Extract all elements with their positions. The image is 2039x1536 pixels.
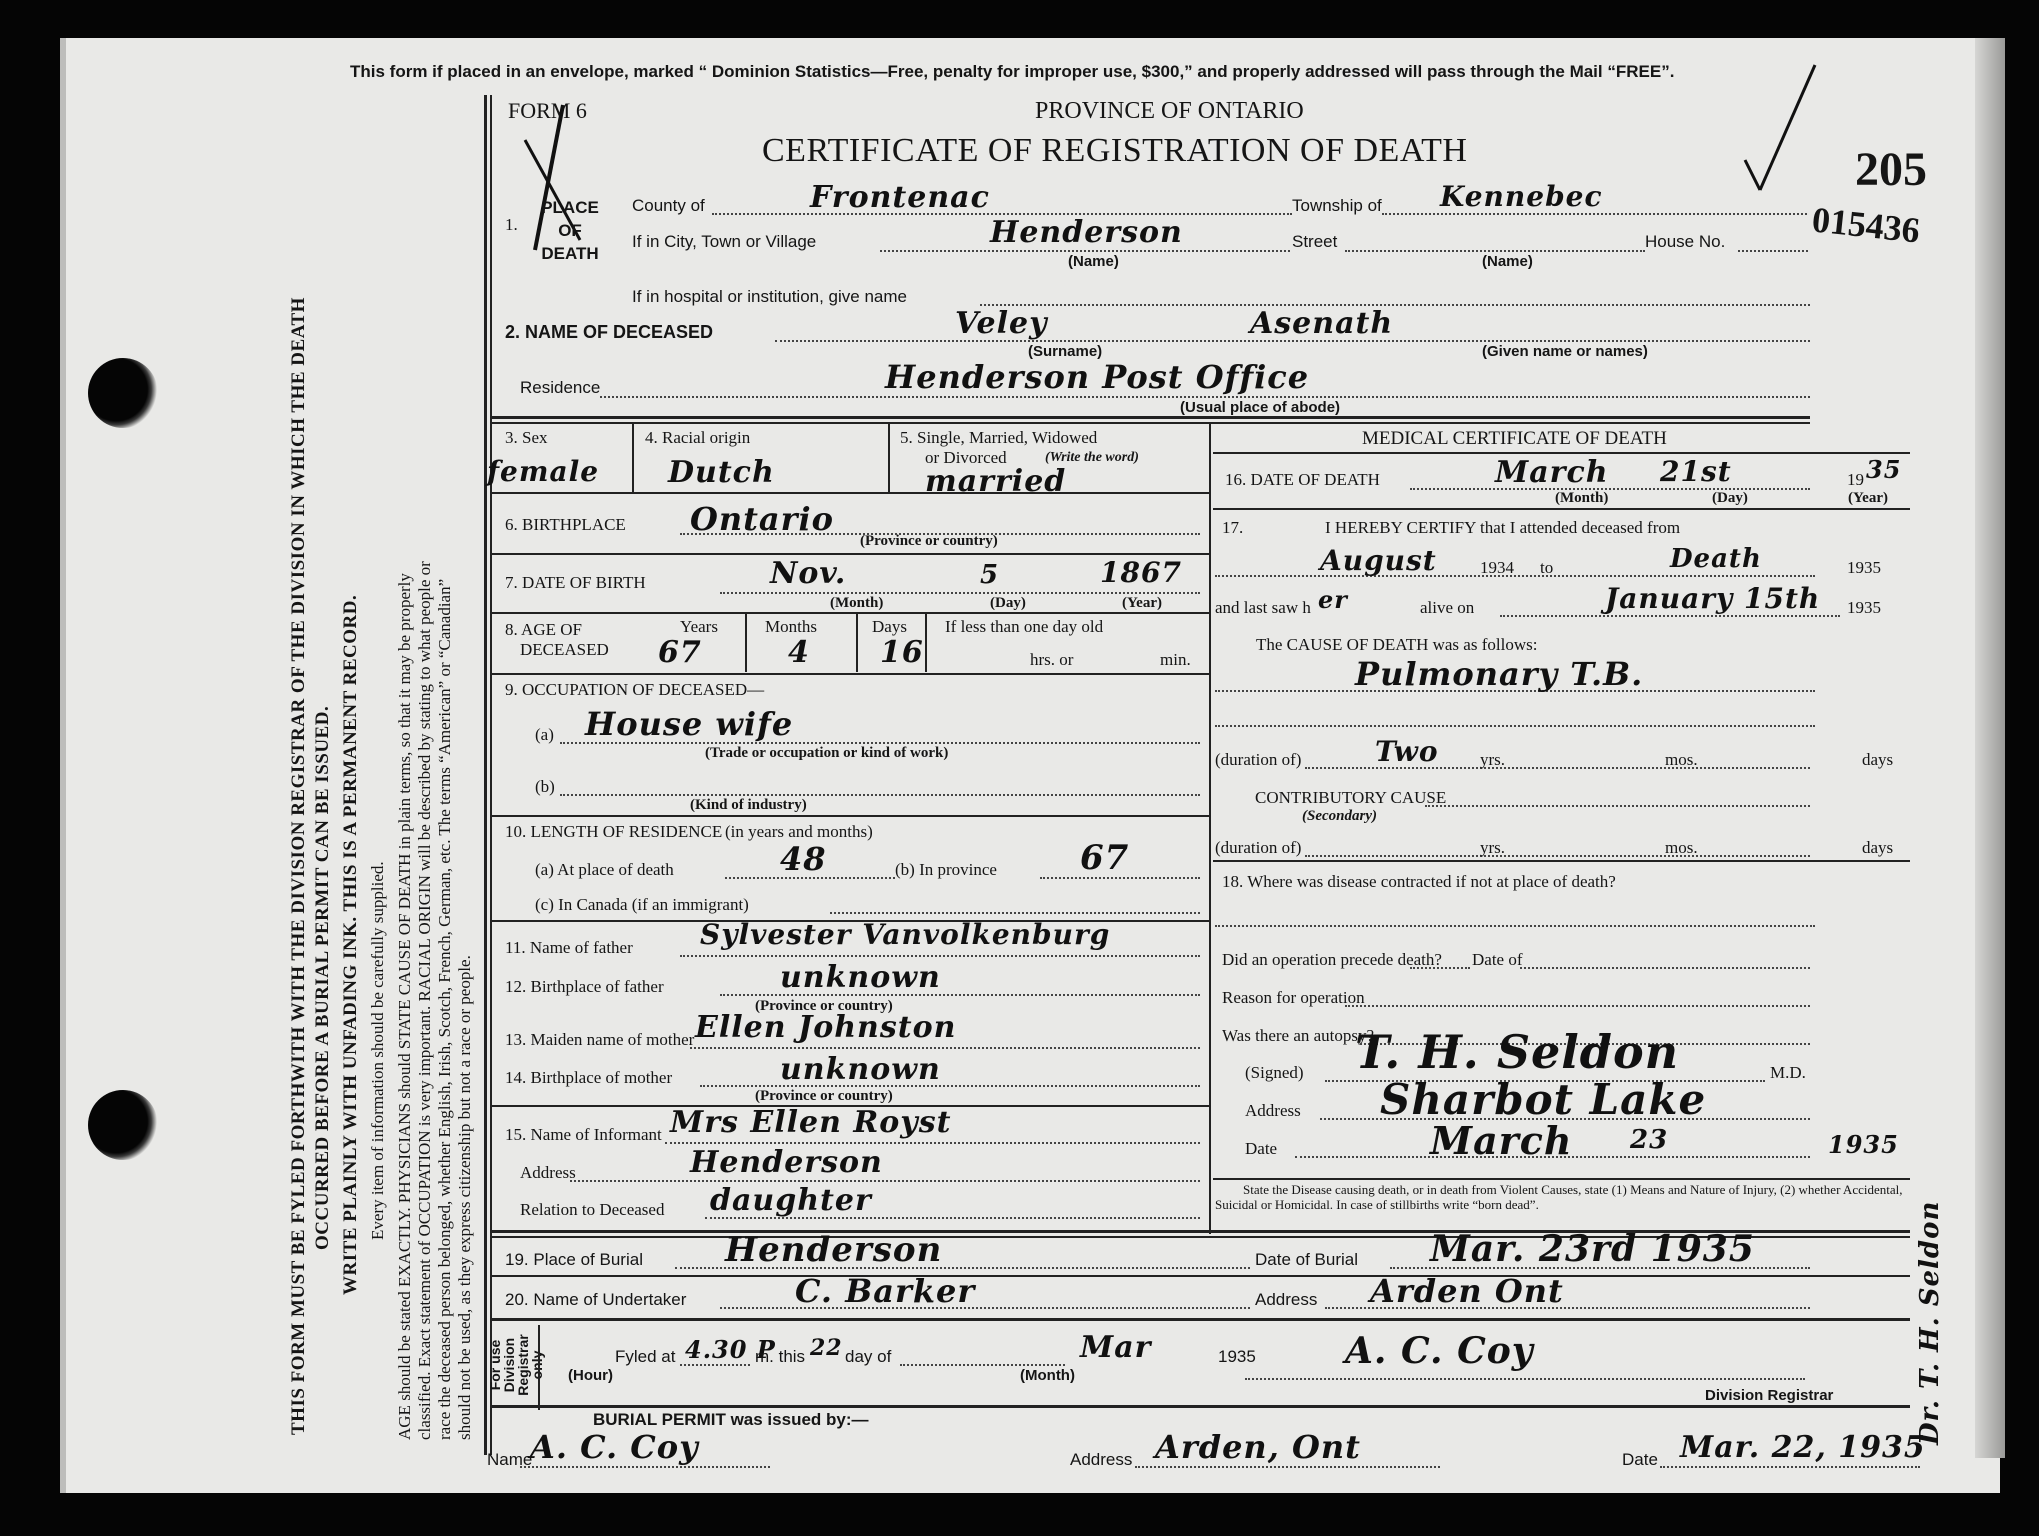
residence-label: Residence bbox=[520, 378, 600, 398]
place-of-death-label: PLACE OF DEATH bbox=[530, 196, 610, 265]
physician-date-day[interactable]: 23 bbox=[1630, 1125, 1668, 1155]
undertaker-address-value[interactable]: Arden Ont bbox=[1370, 1272, 1564, 1310]
registrar-caption: Division Registrar bbox=[1705, 1387, 1833, 1404]
autopsy-label: Was there an autopsy? bbox=[1222, 1026, 1374, 1046]
item-1-number: 1. bbox=[505, 215, 518, 235]
fyled-year: 1935 bbox=[1218, 1347, 1256, 1367]
permit-date-label: Date bbox=[1622, 1450, 1658, 1470]
duration-2-yrs: yrs. bbox=[1480, 838, 1505, 858]
burial-place-label: 19. Place of Burial bbox=[505, 1250, 643, 1270]
frame-left bbox=[484, 95, 487, 1455]
duration-days: days bbox=[1862, 750, 1893, 770]
months-label: Months bbox=[765, 617, 817, 637]
informant-address-label: Address bbox=[520, 1163, 576, 1183]
signed-label: (Signed) bbox=[1245, 1063, 1304, 1083]
dod-month[interactable]: March bbox=[1495, 455, 1609, 490]
informant-value[interactable]: Mrs Ellen Royst bbox=[670, 1105, 951, 1140]
cause-label: The CAUSE OF DEATH was as follows: bbox=[1256, 635, 1537, 655]
punch-hole-bottom bbox=[88, 1090, 158, 1160]
residence-b-value[interactable]: 67 bbox=[1080, 838, 1129, 878]
q18-label: 18. Where was disease contracted if not … bbox=[1222, 872, 1616, 892]
cert-number: 17. bbox=[1222, 518, 1243, 538]
hrs-label: hrs. or bbox=[1030, 650, 1073, 670]
physician-address-label: Address bbox=[1245, 1101, 1301, 1121]
marital-label: 5. Single, Married, Widowed bbox=[900, 428, 1097, 448]
township-value[interactable]: Kennebec bbox=[1440, 180, 1603, 213]
age-days[interactable]: 16 bbox=[880, 635, 924, 670]
registrar-signature[interactable]: A. C. Coy bbox=[1345, 1330, 1534, 1372]
age-years[interactable]: 67 bbox=[658, 635, 702, 670]
father-birthplace-value[interactable]: unknown bbox=[780, 960, 941, 995]
years-label: Years bbox=[680, 617, 718, 637]
birthplace-label: 6. BIRTHPLACE bbox=[505, 515, 626, 535]
duration-yrs: yrs. bbox=[1480, 750, 1505, 770]
attended-from-year: 1934 bbox=[1480, 558, 1514, 578]
mother-birthplace-label: 14. Birthplace of mother bbox=[505, 1068, 672, 1088]
frame-left-inner bbox=[490, 95, 492, 1455]
days-label: Days bbox=[872, 617, 907, 637]
reason-label: Reason for operation bbox=[1222, 988, 1365, 1008]
residence-c-field[interactable] bbox=[830, 912, 1200, 914]
dod-day-caption: (Day) bbox=[1712, 490, 1748, 507]
contributory-caption: (Secondary) bbox=[1302, 808, 1377, 825]
margin-instruction-4: Every item of information should be care… bbox=[368, 861, 388, 1240]
contributory-field[interactable] bbox=[1425, 805, 1810, 807]
permit-heading: BURIAL PERMIT was issued by:— bbox=[593, 1410, 869, 1430]
age-label-1: 8. AGE OF bbox=[505, 620, 582, 640]
permit-address-value[interactable]: Arden, Ont bbox=[1155, 1428, 1361, 1466]
county-value[interactable]: Frontenac bbox=[810, 180, 990, 215]
burial-date-label: Date of Burial bbox=[1255, 1250, 1358, 1270]
sex-label: 3. Sex bbox=[505, 428, 548, 448]
duration-value[interactable]: Two bbox=[1375, 735, 1439, 768]
dob-day[interactable]: 5 bbox=[980, 560, 999, 590]
dob-month[interactable]: Nov. bbox=[770, 556, 846, 591]
fyled-day[interactable]: 22 bbox=[810, 1335, 843, 1361]
operation-date-label: Date of bbox=[1472, 950, 1523, 970]
register-number: 205 bbox=[1855, 142, 1927, 197]
deceased-given-names[interactable]: Asenath bbox=[1250, 306, 1393, 341]
relation-value[interactable]: daughter bbox=[710, 1183, 872, 1218]
mother-birthplace-caption: (Province or country) bbox=[755, 1088, 893, 1105]
day-of-label: day of bbox=[845, 1347, 891, 1367]
occupation-label: 9. OCCUPATION OF DECEASED— bbox=[505, 680, 764, 700]
q18-field[interactable] bbox=[1215, 925, 1815, 927]
father-birthplace-label: 12. Birthplace of father bbox=[505, 977, 664, 997]
mother-birthplace-value[interactable]: unknown bbox=[780, 1052, 941, 1087]
hospital-field[interactable] bbox=[980, 304, 1810, 306]
dod-year[interactable]: 35 bbox=[1866, 455, 1901, 484]
dob-year-caption: (Year) bbox=[1122, 595, 1162, 612]
informant-address-value[interactable]: Henderson bbox=[690, 1145, 883, 1180]
race-label: 4. Racial origin bbox=[645, 428, 750, 448]
undertaker-label: 20. Name of Undertaker bbox=[505, 1290, 686, 1310]
race-value[interactable]: Dutch bbox=[668, 455, 775, 490]
cert-text: I HEREBY CERTIFY that I attended decease… bbox=[1325, 518, 1680, 538]
duration-label: (duration of) bbox=[1215, 750, 1301, 770]
duration-2-label: (duration of) bbox=[1215, 838, 1301, 858]
residence-b-label: (b) In province bbox=[895, 860, 997, 880]
county-label: County of bbox=[632, 196, 705, 216]
last-saw-year: 1935 bbox=[1847, 598, 1881, 618]
occupation-a-label: (a) bbox=[535, 725, 554, 745]
permit-date-value[interactable]: Mar. 22, 1935 bbox=[1680, 1430, 1926, 1465]
margin-handwritten-note: Dr. T. H. Seldon bbox=[1915, 1201, 1945, 1445]
dod-year-caption: (Year) bbox=[1848, 490, 1888, 507]
burial-place-value[interactable]: Henderson bbox=[725, 1230, 942, 1270]
attended-to[interactable]: Death bbox=[1670, 544, 1762, 574]
margin-instruction-3: WRITE PLAINLY WITH UNFADING INK. THIS IS… bbox=[340, 595, 362, 1295]
mother-label: 13. Maiden name of mother bbox=[505, 1030, 694, 1050]
city-value[interactable]: Henderson bbox=[990, 215, 1183, 250]
given-names-caption: (Given name or names) bbox=[1482, 343, 1648, 360]
occupation-b-caption: (Kind of industry) bbox=[690, 797, 807, 814]
physician-date-year[interactable]: 1935 bbox=[1828, 1130, 1899, 1159]
fyled-label: Fyled at bbox=[615, 1347, 675, 1367]
street-label: Street bbox=[1292, 232, 1337, 252]
undertaker-value[interactable]: C. Barker bbox=[795, 1272, 975, 1310]
fyled-month-caption: (Month) bbox=[1020, 1367, 1075, 1384]
dod-year-prefix: 19 bbox=[1847, 470, 1864, 490]
paper-edge bbox=[1975, 38, 2005, 1458]
cause-value[interactable]: Pulmonary T.B. bbox=[1355, 655, 1643, 693]
margin-instruction-2: OCCURRED BEFORE A BURIAL PERMIT CAN BE I… bbox=[312, 706, 334, 1250]
dob-year[interactable]: 1867 bbox=[1100, 556, 1182, 589]
alive-on-label: alive on bbox=[1420, 598, 1474, 618]
medical-heading: MEDICAL CERTIFICATE OF DEATH bbox=[1362, 428, 1667, 450]
physician-address-value[interactable]: Sharbot Lake bbox=[1380, 1075, 1706, 1124]
hour-caption: (Hour) bbox=[568, 1367, 613, 1384]
hospital-label: If in hospital or institution, give name bbox=[632, 287, 907, 307]
occupation-a-caption: (Trade or occupation or kind of work) bbox=[705, 745, 948, 762]
dod-label: 16. DATE OF DEATH bbox=[1225, 470, 1380, 490]
occupation-a-value[interactable]: House wife bbox=[585, 705, 793, 743]
burial-date-value[interactable]: Mar. 23rd 1935 bbox=[1430, 1228, 1755, 1270]
registrar-side-label: For use Division Registrar only bbox=[488, 1320, 544, 1410]
physician-signature[interactable]: T. H. Seldon bbox=[1355, 1025, 1679, 1079]
residence-caption: (Usual place of abode) bbox=[1180, 399, 1340, 416]
certificate-title: CERTIFICATE OF REGISTRATION OF DEATH bbox=[762, 132, 1467, 170]
punch-hole-top bbox=[88, 358, 158, 428]
margin-instruction-7: race the deceased person belonged, wheth… bbox=[435, 579, 455, 1440]
column-divider bbox=[1209, 422, 1211, 1234]
street-name-caption: (Name) bbox=[1482, 253, 1533, 270]
father-value[interactable]: Sylvester Vanvolkenburg bbox=[700, 918, 1110, 951]
dob-month-caption: (Month) bbox=[830, 595, 883, 612]
dod-month-caption: (Month) bbox=[1555, 490, 1608, 507]
mother-value[interactable]: Ellen Johnston bbox=[695, 1010, 956, 1045]
check-mark-icon bbox=[1740, 60, 1820, 200]
deceased-name-label: 2. NAME OF DECEASED bbox=[505, 322, 713, 343]
medical-footnote: State the Disease causing death, or in d… bbox=[1215, 1182, 1910, 1212]
age-label-2: DECEASED bbox=[520, 640, 609, 660]
residence-a-value[interactable]: 48 bbox=[780, 840, 827, 878]
birthplace-value[interactable]: Ontario bbox=[690, 500, 834, 538]
margin-instruction-6: classified. Exact statement of OCCUPATIO… bbox=[415, 561, 435, 1440]
township-label: Township of bbox=[1292, 196, 1382, 216]
permit-address-label: Address bbox=[1070, 1450, 1132, 1470]
contributory-label: CONTRIBUTORY CAUSE bbox=[1255, 788, 1446, 808]
permit-name-value[interactable]: A. C. Coy bbox=[530, 1428, 699, 1466]
residence-c-label: (c) In Canada (if an immigrant) bbox=[535, 895, 749, 915]
province-title: PROVINCE OF ONTARIO bbox=[1035, 98, 1304, 125]
deceased-surname[interactable]: Veley bbox=[955, 306, 1048, 341]
margin-instruction-5: AGE should be stated EXACTLY. PHYSICIANS… bbox=[395, 573, 415, 1440]
relation-label: Relation to Deceased bbox=[520, 1200, 664, 1220]
physician-date-month[interactable]: March bbox=[1430, 1118, 1572, 1163]
dob-label: 7. DATE OF BIRTH bbox=[505, 573, 646, 593]
birthplace-caption: (Province or country) bbox=[860, 533, 998, 550]
occupation-b-field[interactable] bbox=[560, 794, 1200, 796]
duration-mos: mos. bbox=[1665, 750, 1698, 770]
duration-2-days: days bbox=[1862, 838, 1893, 858]
last-saw-label: and last saw h bbox=[1215, 598, 1311, 618]
informant-label: 15. Name of Informant bbox=[505, 1125, 662, 1145]
residence-value[interactable]: Henderson Post Office bbox=[885, 358, 1309, 396]
age-months[interactable]: 4 bbox=[788, 635, 810, 670]
dod-day[interactable]: 21st bbox=[1660, 455, 1732, 488]
undertaker-address-label: Address bbox=[1255, 1290, 1317, 1310]
attended-from[interactable]: August bbox=[1320, 544, 1437, 577]
m-this-label: m. this bbox=[755, 1347, 805, 1367]
occupation-b-label: (b) bbox=[535, 777, 555, 797]
dob-day-caption: (Day) bbox=[990, 595, 1026, 612]
to-label: to bbox=[1540, 558, 1553, 578]
residence-length-hint: (in years and months) bbox=[725, 822, 873, 842]
duration-2-mos: mos. bbox=[1665, 838, 1698, 858]
house-no-label: House No. bbox=[1645, 232, 1725, 252]
physician-date-label: Date bbox=[1245, 1139, 1277, 1159]
md-label: M.D. bbox=[1770, 1063, 1806, 1083]
infant-label: If less than one day old bbox=[945, 617, 1103, 637]
last-saw-pronoun[interactable]: er bbox=[1318, 585, 1348, 614]
margin-instruction-8: should not be used, as they express citi… bbox=[455, 955, 475, 1440]
residence-length-label: 10. LENGTH OF RESIDENCE bbox=[505, 822, 722, 842]
city-name-caption: (Name) bbox=[1068, 253, 1119, 270]
city-label: If in City, Town or Village bbox=[632, 232, 816, 252]
sex-value[interactable]: female bbox=[487, 455, 599, 488]
father-label: 11. Name of father bbox=[505, 938, 633, 958]
residence-a-label: (a) At place of death bbox=[535, 860, 674, 880]
operation-label: Did an operation precede death? bbox=[1222, 950, 1442, 970]
last-saw-date[interactable]: January 15th bbox=[1605, 582, 1820, 615]
mail-notice: This form if placed in an envelope, mark… bbox=[350, 62, 1674, 82]
fyled-month[interactable]: Mar bbox=[1080, 1330, 1151, 1365]
min-label: min. bbox=[1160, 650, 1191, 670]
margin-instruction-1: THIS FORM MUST BE FYLED FORTHWITH WITH T… bbox=[288, 297, 310, 1435]
attended-to-year: 1935 bbox=[1847, 558, 1881, 578]
